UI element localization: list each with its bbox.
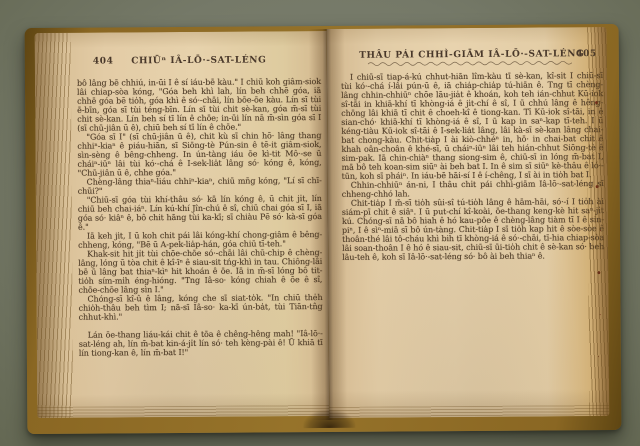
right-running-header: THÂU PÁI CHHÌ-GIĀM IÂ-LŌ·-SAT-LÉNG 405 — [341, 49, 603, 73]
open-book: 404 CHIŪⁿ IÂ-LŌ·-SAT-LÉNG bô lâng bē chh… — [25, 24, 622, 434]
right-header-title: THÂU PÁI CHHÌ-GIĀM IÂ-LŌ·-SAT-LÉNG — [359, 49, 584, 61]
paragraph: Iā keh ji̍t, I ū koh chit pái lâi kóng-k… — [78, 230, 322, 250]
left-header-title: CHIŪⁿ IÂ-LŌ·-SAT-LÉNG — [131, 55, 266, 66]
center-gutter-shadow — [309, 29, 348, 420]
paragraph: Chóng-sī kî-û ê lâng, kóng che sī siat-t… — [78, 293, 322, 322]
paragraph: bô lâng bē chhiú, in-ūi I ê sí iáu-bē kà… — [77, 77, 321, 133]
left-page-number: 404 — [93, 56, 114, 66]
paragraph: "Góa sī I" (sī chū-jiân ū ê), chit kù sī… — [77, 131, 321, 178]
right-page: THÂU PÁI CHHÌ-GIĀM IÂ-LŌ·-SAT-LÉNG 405 I… — [327, 27, 610, 418]
paragraph: "Chiū-sī góa tùi khí-thâu só· kā lín kón… — [78, 194, 322, 232]
paragraph: I chiū-sī tiap-á-kú chhut-hiān lîm-kàu t… — [341, 71, 604, 181]
paragraph: Chhin-chhiūⁿ án-ni, I thâu chi̍t pái chh… — [342, 179, 604, 199]
paragraph: Chèng-lâng thiaⁿ-liáu chhiⁿ-kiaⁿ, chiū m… — [78, 176, 322, 196]
gutter-bottom-shadow — [303, 410, 355, 428]
right-page-number: 405 — [576, 49, 597, 59]
header-wavy-rule-ornament — [368, 60, 576, 66]
photo-of-open-book: 404 CHIŪⁿ IÂ-LŌ·-SAT-LÉNG bô lâng bē chh… — [0, 0, 640, 446]
paragraph: Chit-tia̍p I m̄-sī tio̍h sûi-sî tú-tio̍h… — [342, 197, 604, 262]
right-bottom-page-edges — [329, 405, 609, 418]
red-page-edge-specks — [595, 101, 598, 104]
left-running-header: 404 CHIŪⁿ IÂ-LŌ·-SAT-LÉNG — [77, 55, 321, 79]
paragraph: Khak-sit hit ji̍t tùi chōe-chōe só·-chāi… — [78, 248, 322, 295]
right-page-text: I chiū-sī tiap-á-kú chhut-hiān lîm-kàu t… — [341, 71, 604, 262]
paragraph: Lán ōe-thang liáu-kái chit ê tōa ê chêng… — [79, 329, 323, 358]
left-page-text: bô lâng bē chhiú, in-ūi I ê sí iáu-bē kà… — [77, 77, 323, 358]
left-bottom-page-edges — [37, 405, 329, 418]
left-page: 404 CHIŪⁿ IÂ-LŌ·-SAT-LÉNG bô lâng bē chh… — [35, 31, 330, 418]
